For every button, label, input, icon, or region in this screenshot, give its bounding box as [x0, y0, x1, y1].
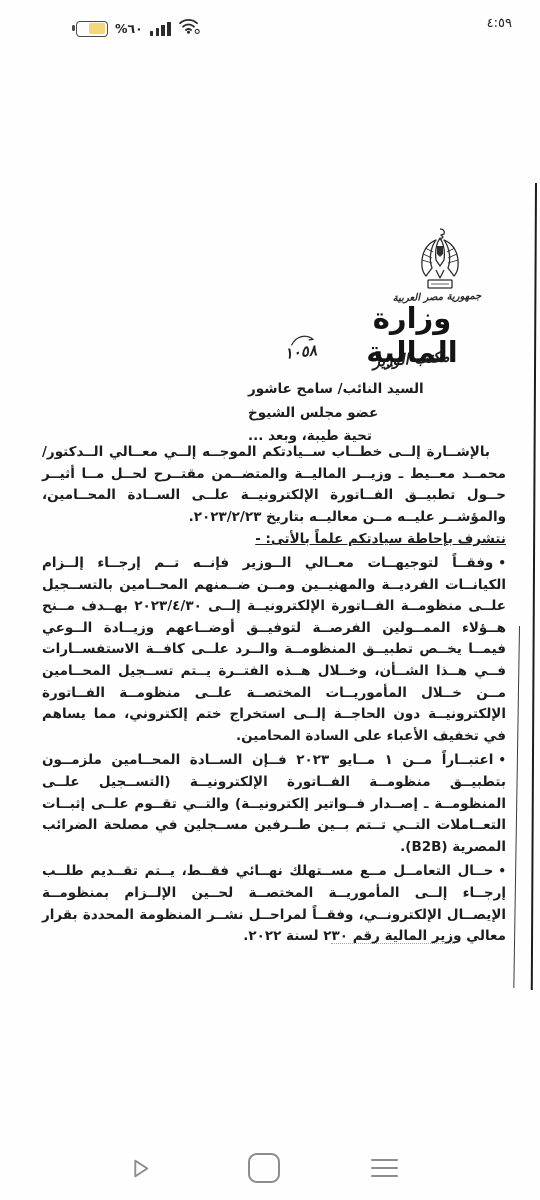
- recents-button[interactable]: [362, 1146, 406, 1190]
- battery-icon: [76, 21, 108, 37]
- bullet-marker: •: [493, 753, 506, 767]
- egypt-eagle-emblem: [412, 226, 468, 296]
- phone-screen: ٤:٥٩ %٦٠: [0, 0, 540, 1200]
- bullet-text: وفقــاً لتوجيهــات معــالي الــوزير فإنـ…: [42, 555, 506, 744]
- bullet-item: •حــال التعامــل مــع مســتهلك نهــائي ف…: [42, 861, 506, 947]
- recents-icon: [371, 1154, 398, 1183]
- status-bar: ٤:٥٩ %٦٠: [0, 0, 540, 46]
- home-button[interactable]: [242, 1146, 286, 1190]
- intro-paragraph: بالإشــارة إلــى خطــاب ســيادتكم الموجـ…: [42, 442, 506, 528]
- nav-bar: [0, 1140, 540, 1200]
- addressee-block: السيد النائب/ سامح عاشور عضو مجلس الشيوخ…: [248, 378, 424, 449]
- bullet-marker: •: [493, 864, 506, 878]
- signal-bars-icon: [150, 22, 171, 36]
- addressee-role: عضو مجلس الشيوخ: [248, 402, 424, 426]
- handwritten-digits: ١٠٥٨: [284, 341, 318, 363]
- status-icons-cluster: %٦٠: [76, 18, 200, 39]
- bullet-item: •اعتبــاراً مــن ١ مــايو ٢٠٢٣ فــإن الس…: [42, 750, 506, 858]
- back-button[interactable]: [118, 1146, 162, 1190]
- back-icon: [128, 1156, 153, 1181]
- bullet-text: حــال التعامــل مــع مســتهلك نهــائي فق…: [42, 863, 506, 944]
- battery-percent-label: %٦٠: [115, 21, 143, 36]
- page-edge-line: [531, 183, 537, 990]
- home-icon: [248, 1153, 280, 1183]
- notice-heading: نتشرف بإحاطة سيادتكم علماً بالأتى: -: [255, 531, 506, 547]
- wifi-icon: [178, 18, 200, 39]
- page-edge-line-2: [513, 626, 520, 988]
- bullet-item: •وفقــاً لتوجيهــات معــالي الــوزير فإن…: [42, 553, 506, 747]
- bullet-marker: •: [493, 556, 506, 570]
- addressee-name: السيد النائب/ سامح عاشور: [248, 378, 424, 402]
- bullet-text: اعتبــاراً مــن ١ مــايو ٢٠٢٣ فــإن السـ…: [42, 752, 506, 854]
- bullet-list: •وفقــاً لتوجيهــات معــالي الــوزير فإن…: [42, 553, 506, 951]
- clock-label: ٤:٥٩: [487, 16, 512, 31]
- handwritten-ref-number: ١٠٥٨: [282, 332, 317, 363]
- battery-nub: [72, 25, 75, 31]
- battery-fill: [89, 23, 105, 34]
